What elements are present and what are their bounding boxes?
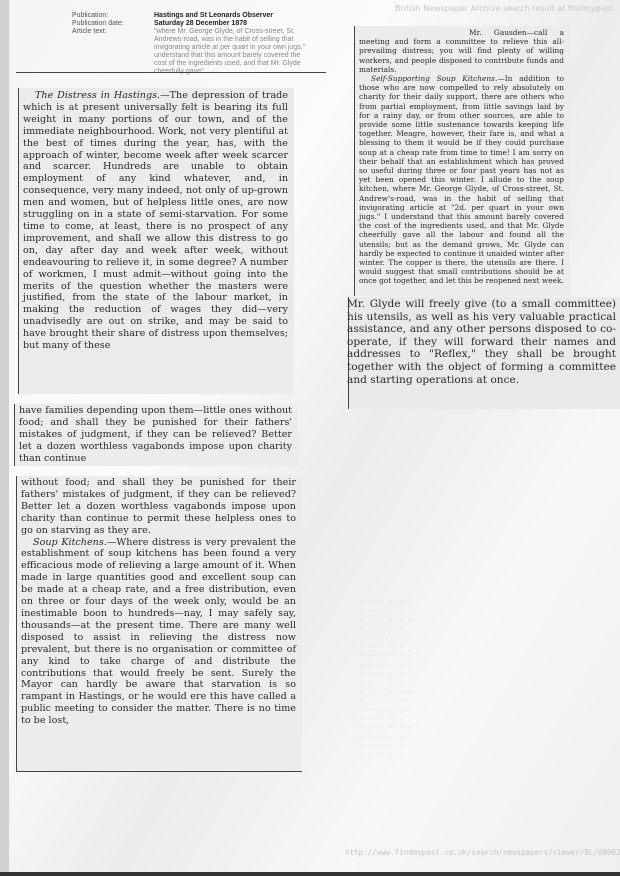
metadata-block: Publication:Hastings and St Leonards Obs… (72, 12, 314, 76)
publication-label: Publication: (72, 12, 154, 20)
scan-bottom-edge (0, 872, 620, 876)
scan-left-edge (0, 0, 9, 876)
footer-url: http://www.findmypast.co.uk/search/newsp… (345, 848, 620, 857)
clip5-text: Mr. Glyde will freely give (to a small c… (347, 298, 616, 386)
heading-self-supporting: Self-Supporting Soup Kitchens. (371, 74, 497, 83)
clip1-text: —The depression of trade which is at pre… (23, 90, 288, 351)
heading-soup-kitchens: Soup Kitchens. (33, 537, 107, 548)
date-label: Publication date: (72, 20, 154, 28)
clip3-text: —Where distress is very prevalent the es… (21, 537, 296, 727)
clipping-distress-in-hastings: The Distress in Hastings.—The depression… (18, 88, 294, 394)
clip3-intro: without food; and shall they be punished… (21, 477, 296, 536)
heading-distress: The Distress in Hastings. (35, 90, 160, 101)
clipping-families-fragment: have families depending upon them—little… (14, 404, 298, 466)
clip2-text: have families depending upon them—little… (19, 405, 292, 464)
clipping-self-supporting-soup-kitchens: Mr. Gausden—call a meeting and form a co… (354, 26, 570, 296)
ghost-header: British Newspaper Archive search result … (395, 4, 613, 13)
clipping-soup-kitchens: without food; and shall they be punished… (16, 476, 302, 772)
metadata-divider (16, 72, 326, 73)
clipping-glyde-utensils: Mr. Glyde will freely give (to a small c… (348, 297, 620, 409)
publication-value: Hastings and St Leonards Observer (154, 12, 314, 20)
date-value: Saturday 28 December 1878 (154, 20, 314, 28)
article-value: "where Mr. George Glyde, of Cross-street… (154, 28, 314, 76)
faint-bleedthrough-text: . . . . . . . . . . . . .. . . . . . . .… (355, 596, 455, 758)
clip4-intro: Mr. Gausden—call a meeting and form a co… (359, 28, 564, 74)
article-label: Article text: (72, 28, 154, 76)
clip4-text: —In addition to those who are now compel… (359, 74, 564, 285)
